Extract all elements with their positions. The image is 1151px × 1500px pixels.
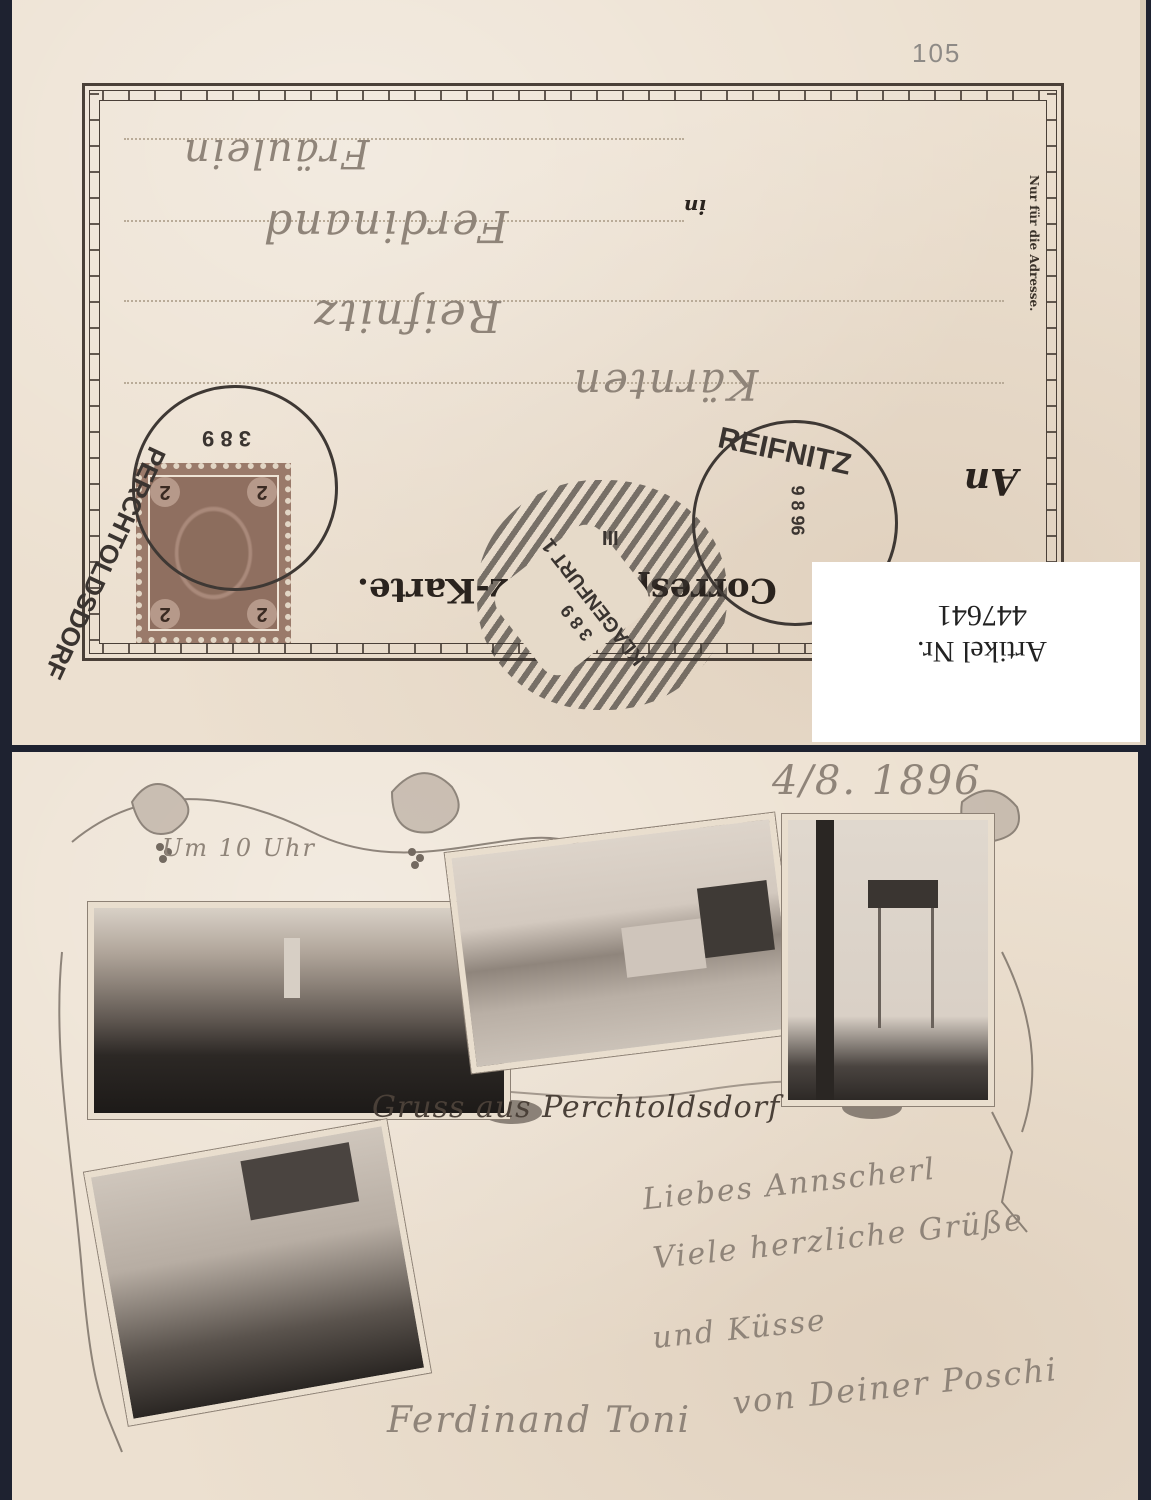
castle-roof bbox=[240, 1142, 359, 1220]
panorama-photo bbox=[88, 902, 510, 1119]
handwritten-time: Um 10 Uhr bbox=[162, 834, 316, 862]
street-photo bbox=[445, 813, 802, 1074]
address-line bbox=[124, 382, 1004, 384]
klagenfurt-postmark-numeral: III bbox=[602, 525, 619, 548]
tower-frame bbox=[878, 908, 934, 1028]
address-only-note: Nur für die Adresse. bbox=[1017, 175, 1041, 375]
handwritten-address-line: Reifnitz bbox=[312, 290, 501, 341]
perchtoldsdorf-postmark bbox=[132, 385, 338, 591]
perchtoldsdorf-postmark-date: 3 8 9 bbox=[202, 425, 251, 451]
building bbox=[621, 918, 706, 977]
reifnitz-postmark-date: 9 8 96 bbox=[787, 485, 808, 535]
observation-tower-photo bbox=[782, 814, 994, 1106]
greeting-text: Gruss aus Perchtoldsdorf bbox=[372, 1090, 780, 1125]
handwritten-date: 4/8. 1896 bbox=[772, 758, 982, 804]
article-label-title: Artikel Nr. bbox=[852, 633, 1112, 669]
pencil-note: 105 bbox=[912, 38, 961, 69]
article-number-text: Artikel Nr. 447641 bbox=[852, 597, 1112, 669]
picture-side-card: Gruss aus Perchtoldsdorf Um 10 Uhr 4/8. … bbox=[12, 752, 1138, 1500]
stamp-corner-value: 2 bbox=[150, 599, 180, 629]
tower-platform bbox=[868, 880, 938, 908]
signature: Ferdinand Toni bbox=[387, 1400, 691, 1441]
handwritten-address-line: Fräulein bbox=[182, 130, 370, 176]
address-line bbox=[124, 300, 1004, 302]
address-prefix: An bbox=[964, 460, 1018, 502]
church-tower bbox=[284, 938, 300, 998]
article-label-number: 447641 bbox=[852, 597, 1112, 633]
in-label: in bbox=[684, 195, 706, 219]
handwritten-address-line: Ferdinand bbox=[262, 200, 509, 251]
castle-photo bbox=[84, 1119, 431, 1425]
article-number-label: Artikel Nr. 447641 bbox=[812, 562, 1140, 742]
trees bbox=[697, 880, 775, 958]
handwritten-address-line: Kärnten bbox=[572, 360, 758, 409]
stamp-corner-value: 2 bbox=[247, 599, 277, 629]
tree-trunk bbox=[816, 820, 834, 1100]
